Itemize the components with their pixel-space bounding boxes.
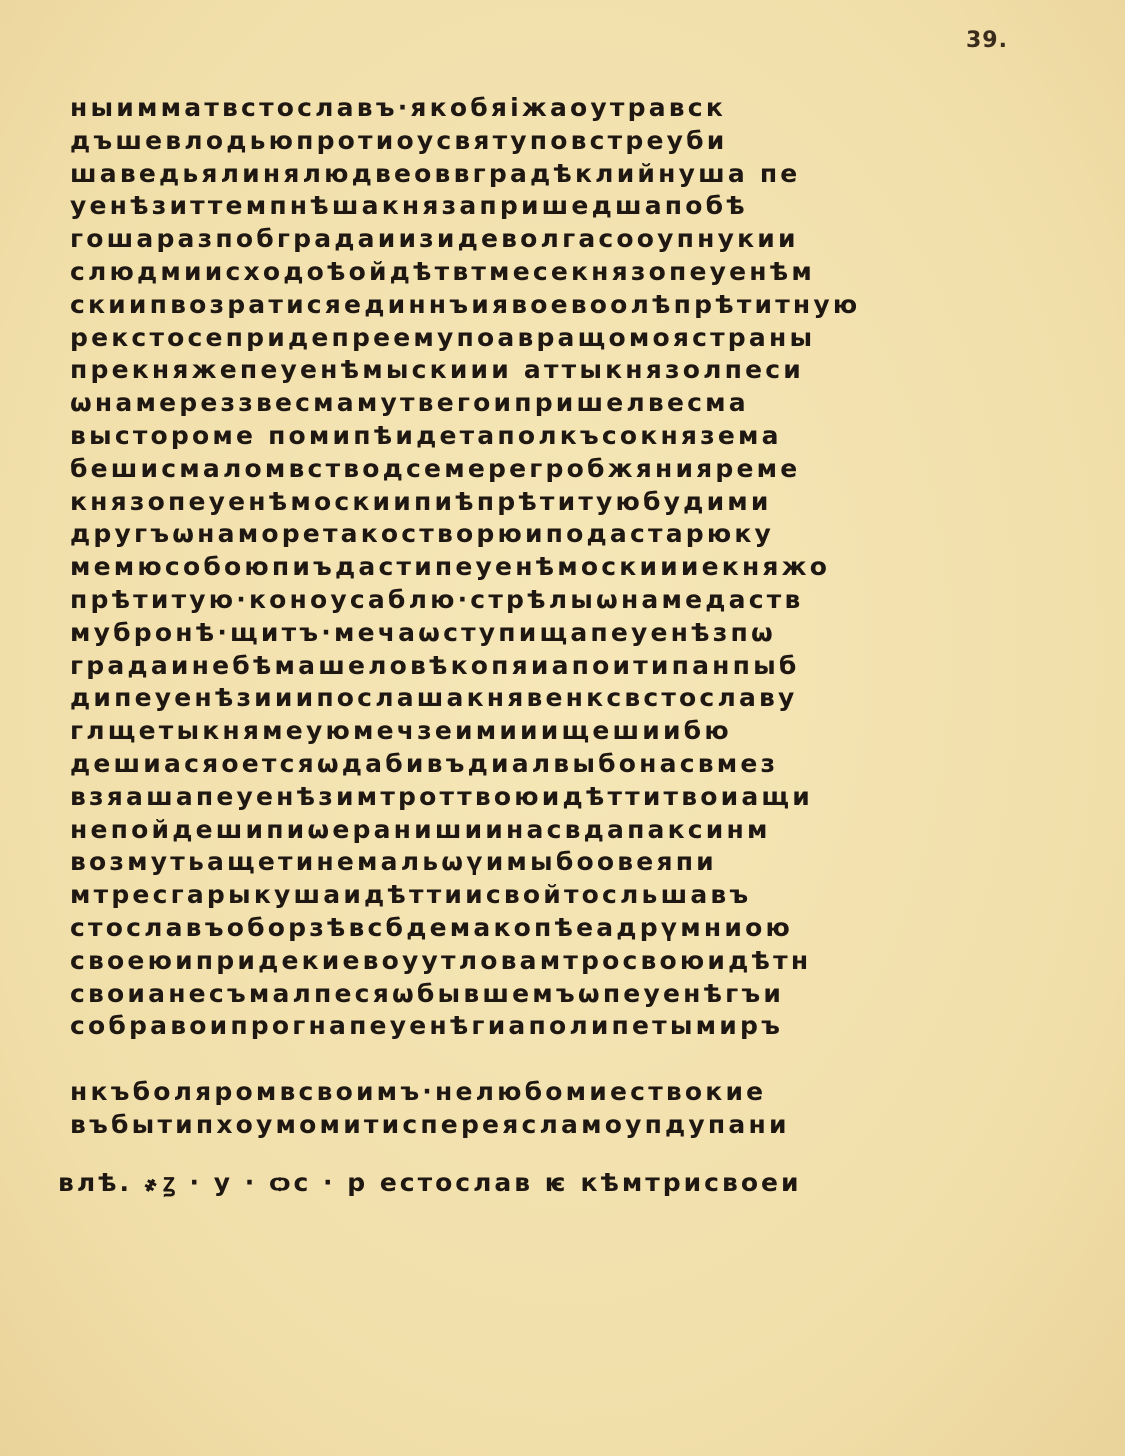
text-line: своианесъмалпесяωбывшемъωпеуенѣгъи (70, 978, 1030, 1011)
text-line: въбытипхоумомитиспереясламоупдупани (70, 1109, 1030, 1142)
text-line: мемюсобоюпиъдастипеуенѣмоскиииекняжо (70, 551, 1030, 584)
manuscript-text: ныимматвстославъ·якобяіжаоутравск дъшевл… (70, 92, 1030, 1142)
text-line: собравоипрогнапеуенѣгиаполипетымиръ (70, 1010, 1030, 1043)
text-line: ныимматвстославъ·якобяіжаоутравск (70, 92, 1030, 125)
text-line: непойдешипиωеранишиинасвдапаксинм (70, 814, 1030, 847)
text-line: скиипвозратисяединнъиявоевоолѣпрѣтитную (70, 289, 1030, 322)
text-line: дешиасяоетсяωдабивъдиалвыбонасвмез (70, 748, 1030, 781)
text-line: прекняжепеуенѣмыскиии аттыкнязолпеси (70, 354, 1030, 387)
text-line: своеюипридекиевоуутловамтросвоюидѣтн (70, 945, 1030, 978)
text-line: стославъоборзѣвсбдемакопѣеадрүмниою (70, 912, 1030, 945)
page-number: 39. (966, 28, 1008, 53)
text-line: взяашапеуенѣзимтроттвоюидѣттитвоиащи (70, 781, 1030, 814)
text-line: прѣтитую·коноусаблю·стрѣлыωнамедаств (70, 584, 1030, 617)
text-line: шаведьялинялюдвеоввградѣклийнуша пе (70, 158, 1030, 191)
text-line: возмутьащетинемальωүимыбоовеяпи (70, 846, 1030, 879)
text-line: глщетыкнямеуюмечзеимииищешиибю (70, 715, 1030, 748)
text-line: мтресгарыкушаидѣттиисвойтосльшавъ (70, 879, 1030, 912)
manuscript-page: 39. ныимматвстославъ·якобяіжаоутравск дъ… (0, 0, 1125, 1456)
year-entry-line: влѣ. ҂ꙁ · у · ѻс · р естослав ѥ кѣмтрисв… (58, 1165, 801, 1199)
text-line: другъωнаморетакостворюиподастарюку (70, 518, 1030, 551)
text-line: ωнамереззвесмамутвегоипришелвесма (70, 387, 1030, 420)
text-line: гошаразпобградаиизидеволгасооупнукии (70, 223, 1030, 256)
text-line: бешисмаломвстводсемерегробжянияреме (70, 453, 1030, 486)
text-line: слюдмиисходоѣойдѣтвтмесекнязопеуенѣм (70, 256, 1030, 289)
text-line: уенѣзиттемпнѣшакнязапришедшапобѣ (70, 190, 1030, 223)
text-line-blank (70, 1043, 1030, 1076)
text-line: дъшевлодьюпротиоусвятуповстреуби (70, 125, 1030, 158)
text-line: рекстосепридепреемупоавращомоястраны (70, 322, 1030, 355)
text-line: нкъболяромвсвоимъ·нелюбомиествокие (70, 1076, 1030, 1109)
text-line: градаинебѣмашеловѣкопяиапоитипанпыб (70, 650, 1030, 683)
text-line: выстороме помипѣидетаполкъсокнязема (70, 420, 1030, 453)
text-line: мубронѣ·щитъ·мечаωступищапеуенѣзпω (70, 617, 1030, 650)
text-line: князопеуенѣмоскиипиѣпрѣтитуюбудими (70, 486, 1030, 519)
text-line: дипеуенѣзииипослашакнявенксвстославу (70, 682, 1030, 715)
